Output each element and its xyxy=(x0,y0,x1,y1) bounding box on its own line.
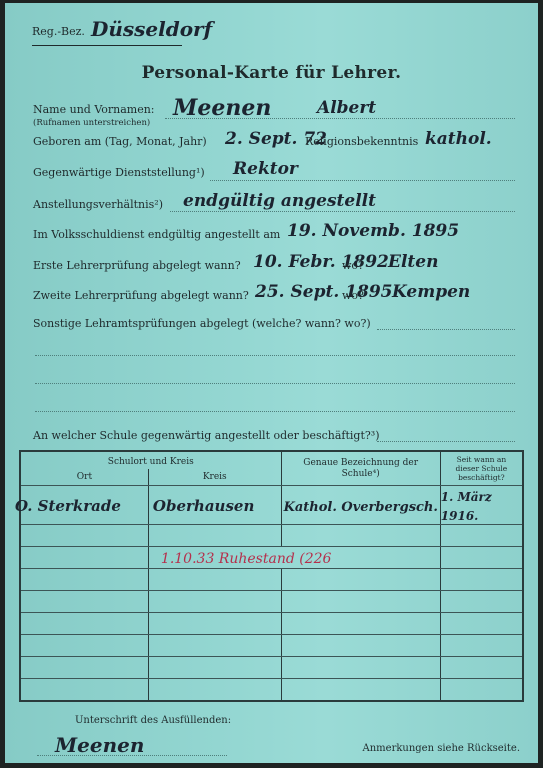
volksschuldienst-label: Im Volksschuldienst endgültig angestellt… xyxy=(33,228,280,241)
column-header-kreis: Kreis xyxy=(148,469,281,486)
table-row xyxy=(20,591,523,613)
name-sublabel: (Rufnamen unterstreichen) xyxy=(33,118,150,128)
zweite-pruefung-wo[interactable]: Kempen xyxy=(392,282,470,302)
column-header-seit: Seit wann an dieser Schule beschäftigt? xyxy=(440,451,523,486)
volksschuldienst-value[interactable]: 19. Novemb. 1895 xyxy=(287,221,459,241)
name-value[interactable]: Meenen xyxy=(173,95,271,121)
group-header-schulort: Schulort und Kreis xyxy=(20,451,281,469)
table-row: 1.10.33 Ruhestand (226 xyxy=(20,547,523,569)
zweite-pruefung-wann[interactable]: 25. Sept. 1895 xyxy=(255,282,392,302)
religion-label: Religionsbekenntnis xyxy=(305,135,418,148)
table-row xyxy=(20,525,523,547)
sonstige-dotline-1 xyxy=(377,329,515,330)
sonstige-dotline-4 xyxy=(35,411,515,412)
dienststellung-value[interactable]: Rektor xyxy=(233,159,298,179)
schools-table: Schulort und Kreis Genaue Bezeichnung de… xyxy=(19,450,524,702)
row-2-note[interactable]: 1.10.33 Ruhestand (226 xyxy=(161,551,332,567)
row-0-ort[interactable]: O. Sterkrade xyxy=(15,497,121,515)
name-label: Name und Vornamen: xyxy=(33,103,155,116)
row-0-schule[interactable]: Kathol. Overbergsch. xyxy=(284,500,438,515)
signature-value[interactable]: Meenen xyxy=(55,733,144,757)
dienststellung-label: Gegenwärtige Dienststellung¹) xyxy=(33,166,205,179)
row-0-seit[interactable]: 1. März 1916. xyxy=(441,490,492,523)
column-header-schule: Genaue Bezeichnung der Schule⁴) xyxy=(281,451,440,486)
erste-pruefung-wo[interactable]: Elten xyxy=(388,252,438,272)
anstellung-label: Anstellungsverhältnis²) xyxy=(33,198,163,211)
table-row xyxy=(20,613,523,635)
anstellung-value[interactable]: endgültig angestellt xyxy=(183,191,376,211)
erste-pruefung-wo-label: wo? xyxy=(342,259,364,272)
reg-bez-value[interactable]: Düsseldorf xyxy=(91,17,212,41)
reg-bez-underline xyxy=(32,45,182,46)
vorname-value[interactable]: Albert xyxy=(317,98,376,118)
column-header-ort: Ort xyxy=(20,469,148,486)
schule-dotline xyxy=(377,441,515,442)
geboren-label: Geboren am (Tag, Monat, Jahr) xyxy=(33,135,207,148)
religion-value[interactable]: kathol. xyxy=(425,129,492,149)
zweite-pruefung-wo-label: wo? xyxy=(342,289,364,302)
sonstige-dotline-2 xyxy=(35,355,515,356)
zweite-pruefung-label: Zweite Lehrerprüfung abgelegt wann? xyxy=(33,289,249,302)
row-0-kreis[interactable]: Oberhausen xyxy=(153,497,254,515)
personal-card: Reg.-Bez. Düsseldorf Personal-Karte für … xyxy=(5,3,538,763)
signature-label: Unterschrift des Ausfüllenden: xyxy=(75,715,231,726)
table-row xyxy=(20,569,523,591)
dienststellung-dotline xyxy=(210,180,515,181)
table-row: O. Sterkrade Oberhausen Kathol. Overberg… xyxy=(20,486,523,525)
anmerkungen-note: Anmerkungen siehe Rückseite. xyxy=(363,743,521,754)
sonstige-dotline-3 xyxy=(35,383,515,384)
erste-pruefung-wann[interactable]: 10. Febr. 1892 xyxy=(253,252,389,272)
page-title: Personal-Karte für Lehrer. xyxy=(5,63,538,83)
schule-label: An welcher Schule gegenwärtig angestellt… xyxy=(33,429,379,442)
table-row xyxy=(20,657,523,679)
table-row xyxy=(20,635,523,657)
anstellung-dotline xyxy=(170,211,515,212)
erste-pruefung-label: Erste Lehrerprüfung abgelegt wann? xyxy=(33,259,241,272)
table-row xyxy=(20,679,523,702)
reg-bez-label: Reg.-Bez. xyxy=(32,25,85,38)
sonstige-label: Sonstige Lehramtsprüfungen abgelegt (wel… xyxy=(33,317,371,330)
